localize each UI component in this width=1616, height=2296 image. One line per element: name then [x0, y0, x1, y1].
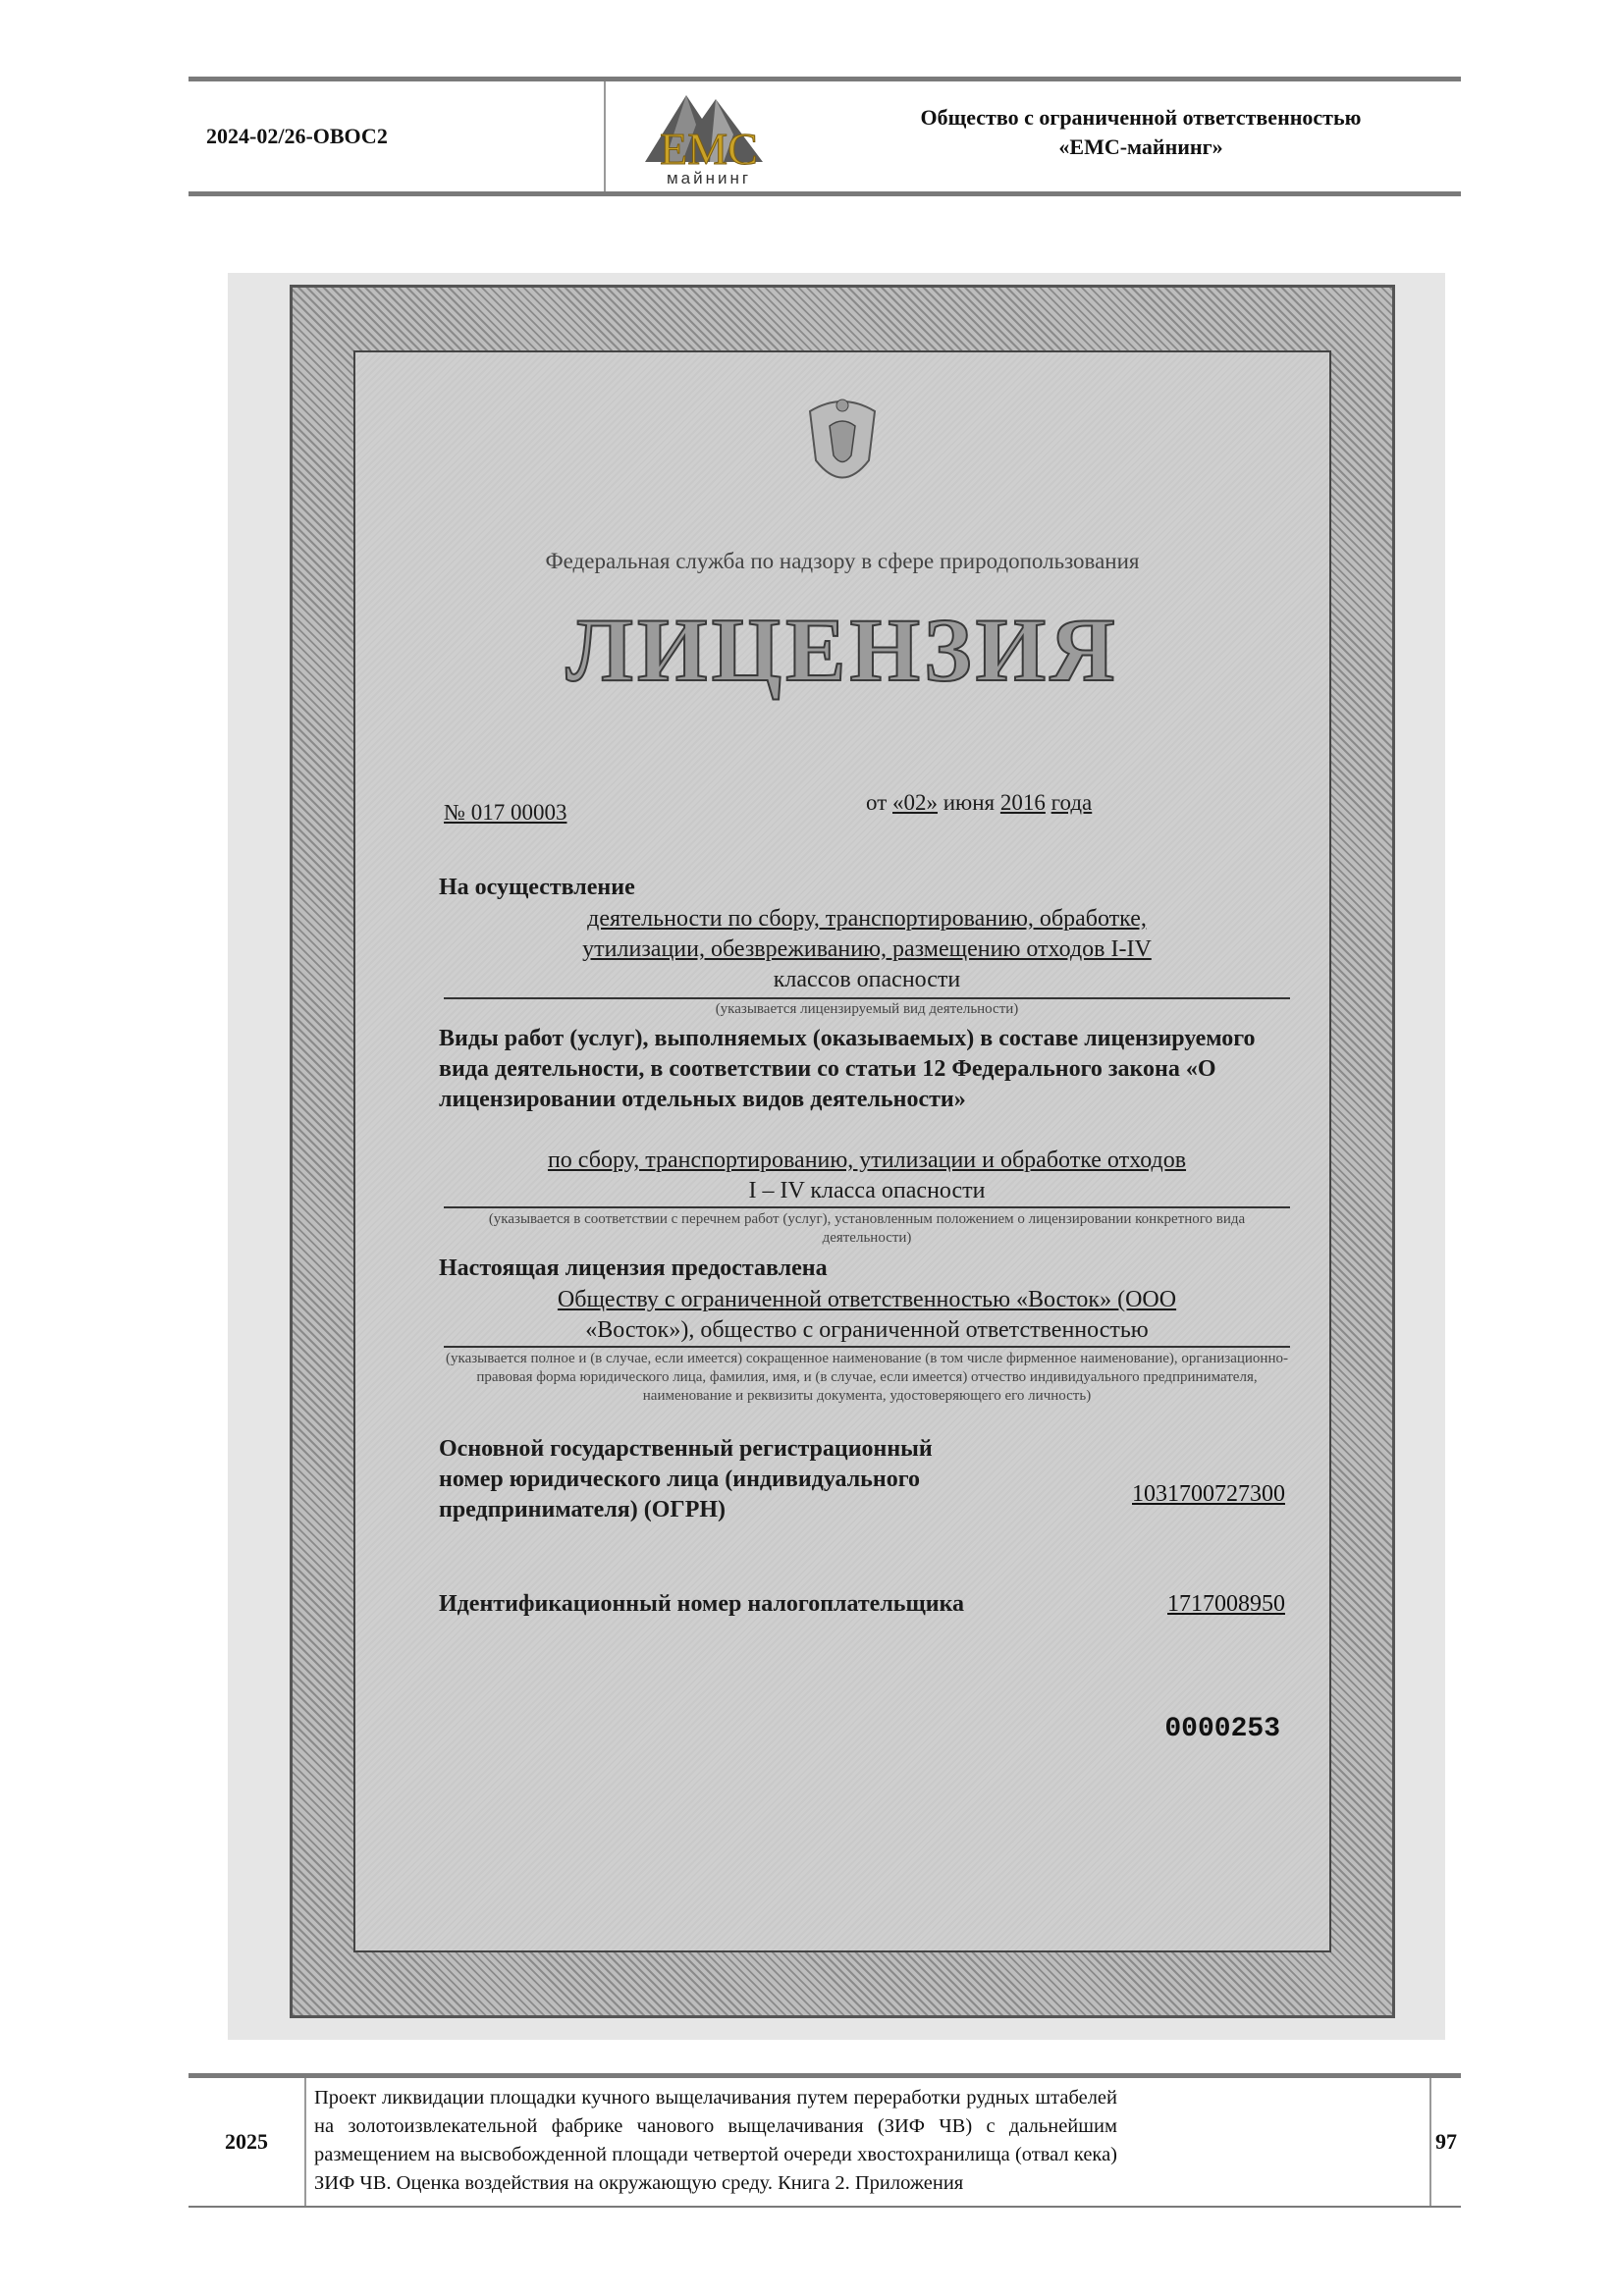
works-hint: (указывается в соответствии с перечнем р…: [444, 1210, 1290, 1248]
coat-of-arms-icon: [800, 392, 885, 500]
org-line-2: «ЕМС-майнинг»: [836, 133, 1445, 162]
activity-hint: (указывается лицензируемый вид деятельно…: [444, 1000, 1290, 1019]
license-date: от «02» июня 2016 года: [866, 790, 1329, 816]
inn-value: 1717008950: [1167, 1591, 1285, 1618]
works-value: по сбору, транспортированию, утилизации …: [444, 1146, 1290, 1206]
ogrn-label: Основной государственный регистрационный…: [439, 1434, 976, 1525]
page-header: 2024-02/26-ОВОС2 ЕМС майнинг Общество с …: [189, 77, 1461, 196]
license-title: ЛИЦЕНЗИЯ: [355, 598, 1329, 702]
project-description: Проект ликвидации площадки кучного выщел…: [314, 2084, 1117, 2198]
activity-label: На осуществление: [439, 873, 1290, 903]
footer-divider: [304, 2078, 306, 2206]
issuing-agency: Федеральная служба по надзору в сфере пр…: [355, 549, 1329, 574]
grantee-value: Обществу с ограниченной ответственностью…: [444, 1285, 1290, 1346]
org-line-1: Общество с ограниченной ответственностью: [836, 103, 1445, 133]
page-footer: 2025 Проект ликвидации площадки кучного …: [189, 2073, 1461, 2208]
company-logo-icon: ЕМС майнинг: [625, 85, 792, 187]
svg-text:майнинг: майнинг: [667, 169, 751, 187]
grantee-hint: (указывается полное и (в случае, если им…: [444, 1350, 1290, 1406]
divider: [444, 1346, 1290, 1348]
document-code: 2024-02/26-ОВОС2: [206, 81, 388, 191]
activity-value: деятельности по сбору, транспортированию…: [444, 904, 1290, 995]
ogrn-value: 1031700727300: [1132, 1481, 1285, 1508]
header-divider: [604, 81, 606, 191]
svg-text:ЕМС: ЕМС: [660, 124, 758, 174]
inn-label: Идентификационный номер налогоплательщик…: [439, 1589, 976, 1620]
divider: [444, 997, 1290, 999]
license-ornamental-frame: Федеральная служба по надзору в сфере пр…: [290, 285, 1395, 2018]
form-serial-number: 0000253: [1164, 1714, 1280, 1744]
works-label: Виды работ (услуг), выполняемых (оказыва…: [439, 1024, 1290, 1115]
divider: [444, 1206, 1290, 1208]
footer-year: 2025: [189, 2078, 304, 2206]
organization-name: Общество с ограниченной ответственностью…: [836, 103, 1445, 162]
grantee-label: Настоящая лицензия предоставлена: [439, 1254, 1290, 1284]
license-body: Федеральная служба по надзору в сфере пр…: [353, 350, 1331, 1952]
page-number: 97: [1431, 2078, 1461, 2206]
